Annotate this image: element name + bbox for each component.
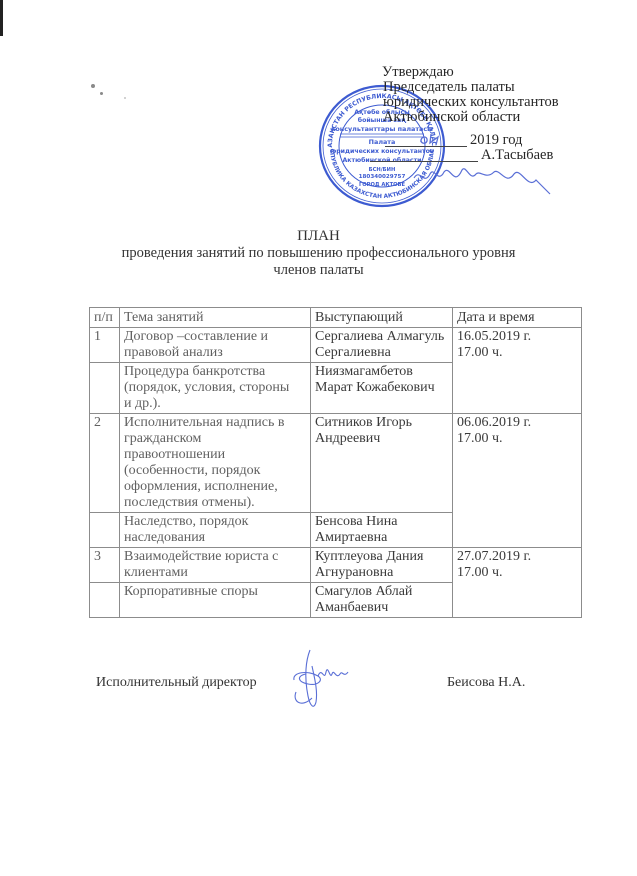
topic-line: (особенности, порядок [124,463,306,479]
time-value: 17.00 ч. [457,431,577,447]
header-speaker: Выступающий [311,308,453,328]
speaker-line: Амиртаевна [315,530,448,546]
date-value: 16.05.2019 г. [457,329,577,345]
time-value: 17.00 ч. [457,565,577,581]
cell-topic: Договор –составление иправовой анализ [120,328,311,363]
table-header-row: п/п Тема занятий Выступающий Дата и врем… [90,308,582,328]
plan-table: п/п Тема занятий Выступающий Дата и врем… [89,307,582,618]
cell-topic: Взаимодействие юриста склиентами [120,548,311,583]
topic-line: Исполнительная надпись в [124,415,306,431]
topic-line: и др.). [124,396,306,412]
speaker-line: Смагулов Аблай [315,584,448,600]
table-row: 3Взаимодействие юриста склиентамиКуптлеу… [90,548,582,583]
svg-text:БСН/БИН: БСН/БИН [369,167,396,173]
cell-topic: Исполнительная надпись вгражданскомправо… [120,414,311,513]
topic-line: последствия отмены). [124,495,306,511]
topic-line: Корпоративные споры [124,584,306,600]
cell-speaker: Ситников ИгорьАндреевич [311,414,453,513]
scan-edge-mark [0,0,3,36]
cell-speaker: Смагулов АблайАманбаевич [311,583,453,618]
cell-speaker: Куптлеуова ДанияАгнурановна [311,548,453,583]
scan-speck [124,97,126,99]
cell-topic: Наследство, порядокнаследования [120,513,311,548]
svg-text:180340029757: 180340029757 [359,174,406,180]
topic-line: гражданском [124,431,306,447]
topic-line: (порядок, условия, стороны [124,380,306,396]
topic-line: правовой анализ [124,345,306,361]
handwritten-month [418,128,448,148]
speaker-line: Агнурановна [315,565,448,581]
table-row: 1Договор –составление иправовой анализСе… [90,328,582,363]
speaker-line: Ниязмагамбетов [315,364,448,380]
document-subtitle-line1: проведения занятий по повышению професси… [0,245,637,262]
cell-datetime: 16.05.2019 г.17.00 ч. [453,328,582,414]
cell-number: 1 [90,328,120,363]
cell-topic: Корпоративные споры [120,583,311,618]
speaker-line: Марат Кожабекович [315,380,448,396]
cell-number: 3 [90,548,120,583]
cell-number [90,513,120,548]
document-title: ПЛАН [0,228,637,245]
header-topic: Тема занятий [120,308,311,328]
footer-name: Беисова Н.А. [447,675,525,691]
document-subtitle-line2: членов палаты [0,262,637,279]
cell-number [90,583,120,618]
cell-number: 2 [90,414,120,513]
topic-line: оформления, исполнение, [124,479,306,495]
footer-position: Исполнительный директор [96,675,257,691]
date-value: 27.07.2019 г. [457,549,577,565]
topic-line: правоотношении [124,447,306,463]
speaker-line: Куптлеуова Дания [315,549,448,565]
header-number: п/п [90,308,120,328]
cell-number [90,363,120,414]
chairman-signature [410,160,570,196]
header-datetime: Дата и время [453,308,582,328]
scan-speck [100,92,103,95]
table-row: 2Исполнительная надпись вгражданскомправ… [90,414,582,513]
cell-topic: Процедура банкротства(порядок, условия, … [120,363,311,414]
scan-speck [91,84,95,88]
topic-line: Взаимодействие юриста с [124,549,306,565]
cell-speaker: НиязмагамбетовМарат Кожабекович [311,363,453,414]
speaker-line: Андреевич [315,431,448,447]
svg-text:ГОРОД АКТОБЕ: ГОРОД АКТОБЕ [359,182,406,188]
speaker-line: Сергалиева Алмагуль [315,329,448,345]
cell-datetime: 27.07.2019 г.17.00 ч. [453,548,582,618]
approval-position-line3: Актюбинской области [383,110,520,126]
table-body: 1Договор –составление иправовой анализСе… [90,328,582,618]
cell-speaker: Бенсова НинаАмиртаевна [311,513,453,548]
date-value: 06.06.2019 г. [457,415,577,431]
svg-text:юридических консультантов: юридических консультантов [330,148,434,155]
topic-line: Наследство, порядок [124,514,306,530]
speaker-line: Сергалиевна [315,345,448,361]
time-value: 17.00 ч. [457,345,577,361]
cell-speaker: Сергалиева АлмагульСергалиевна [311,328,453,363]
topic-line: клиентами [124,565,306,581]
topic-line: Договор –составление и [124,329,306,345]
director-signature [288,646,358,712]
svg-text:Палата: Палата [369,138,396,146]
topic-line: наследования [124,530,306,546]
speaker-line: Ситников Игорь [315,415,448,431]
speaker-line: Аманбаевич [315,600,448,616]
cell-datetime: 06.06.2019 г.17.00 ч. [453,414,582,548]
topic-line: Процедура банкротства [124,364,306,380]
speaker-line: Бенсова Нина [315,514,448,530]
